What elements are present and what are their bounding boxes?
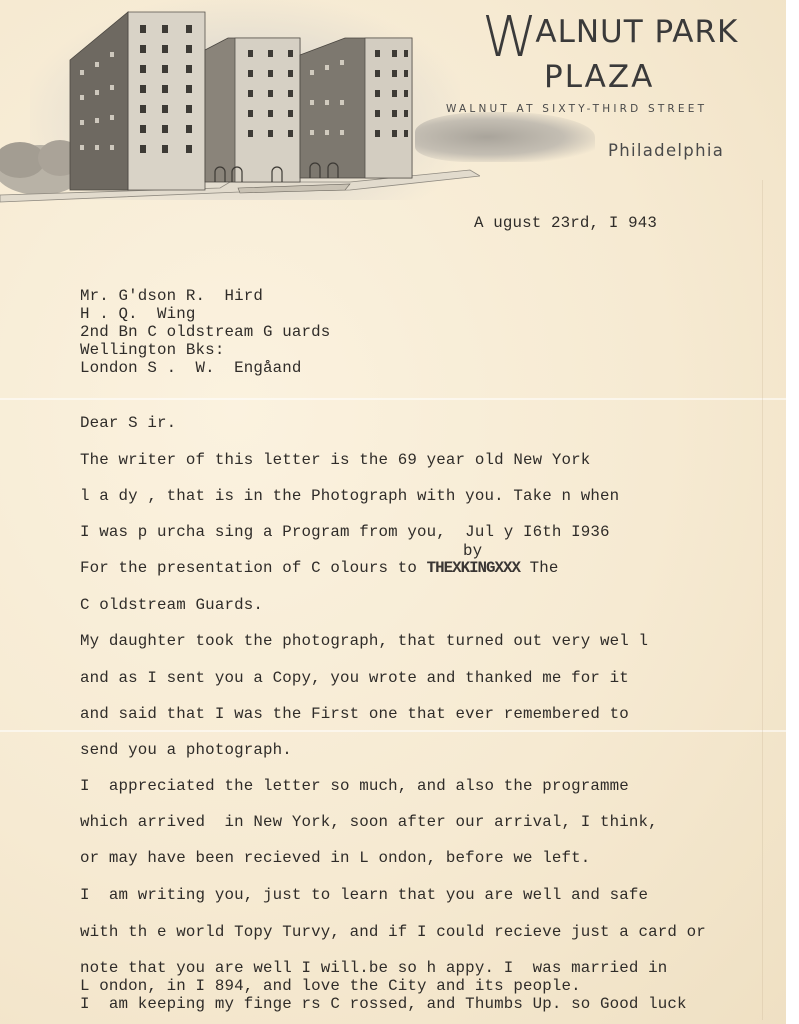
body-line: with th e world Topy Turvy, and if I cou…	[80, 923, 706, 941]
recipient-line: Mr. G'dson R. Hird	[80, 287, 263, 305]
paper-fold-line	[0, 730, 786, 732]
body-line: l a dy , that is in the Photograph with …	[80, 487, 619, 505]
letter-date: A ugust 23rd, I 943	[474, 214, 657, 232]
insertion-above: by	[463, 542, 482, 560]
body-line: I was p urcha sing a Program from you, J…	[80, 523, 610, 541]
hotel-name-line1: ALNUT PARK	[535, 14, 738, 50]
hotel-name-initial: W	[482, 5, 535, 70]
body-line: and said that I was the First one that e…	[80, 705, 629, 723]
hotel-address: WALNUT AT SIXTY-THIRD STREET	[446, 103, 707, 115]
body-line: I appreciated the letter so much, and al…	[80, 777, 629, 795]
hotel-name: WALNUT PARK PLAZA	[482, 10, 762, 93]
hotel-name-line2: PLAZA	[544, 62, 762, 93]
paper-fold-line	[0, 398, 786, 400]
body-line: C oldstream Guards.	[80, 596, 263, 614]
recipient-line: H . Q. Wing	[80, 305, 196, 323]
body-line: and as I sent you a Copy, you wrote and …	[80, 669, 629, 687]
body-line-text: The	[520, 559, 559, 577]
body-line: or may have been recieved in L ondon, be…	[80, 849, 590, 867]
body-line: My daughter took the photograph, that tu…	[80, 632, 648, 650]
body-line: I am writing you, just to learn that you…	[80, 886, 648, 904]
recipient-line: London S . W. Engåand	[80, 359, 301, 377]
body-line: For the presentation of C olours to THEX…	[80, 559, 558, 577]
salutation: Dear S ir.	[80, 414, 176, 432]
hotel-city: Philadelphia	[608, 141, 724, 160]
body-line: note that you are well I will.be so h ap…	[80, 959, 667, 977]
hotel-building-illustration	[0, 0, 480, 205]
paper-crease	[762, 180, 763, 1020]
trees-illustration	[415, 112, 595, 162]
body-line: L ondon, in I 894, and love the City and…	[80, 977, 581, 995]
body-line-text: For the presentation of C olours to	[80, 559, 427, 577]
struck-text: THEXKINGXXX	[427, 559, 520, 577]
body-line: send you a photograph.	[80, 741, 292, 759]
body-line: The writer of this letter is the 69 year…	[80, 451, 590, 469]
body-line: I am keeping my finge rs C rossed, and T…	[80, 995, 687, 1013]
recipient-line: Wellington Bks:	[80, 341, 224, 359]
recipient-line: 2nd Bn C oldstream G uards	[80, 323, 330, 341]
body-line: which arrived in New York, soon after ou…	[80, 813, 658, 831]
